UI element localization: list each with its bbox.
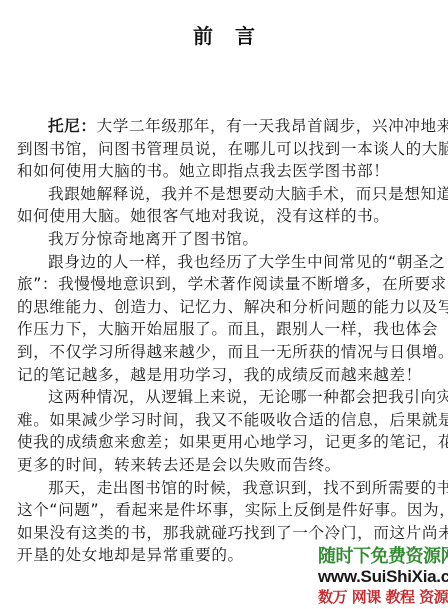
paragraph-2-line-2: 如何使用大脑。她很客气地对我说，没有这样的书。 [17,205,433,228]
speaker-label: 托尼： [48,117,97,135]
paragraph-3-line-1: 我万分惊奇地离开了图书馆。 [17,228,433,251]
paragraph-4-line-1: 跟身边的人一样，我也经历了大学生中间常见的“朝圣之 [17,251,433,274]
paragraph-4-line-4: 作压力下，大脑开始屈服了。而且，跟别人一样，我也体会 [17,318,433,341]
paragraph-6-line-2: 这个“问题”，看起来是件坏事，实际上反倒是件好事。因为， [17,499,433,522]
paragraph-5-line-3: 使我的成绩愈来愈差；如果更用心地学习，记更多的笔记，花 [17,431,433,454]
paragraph-5-line-2: 难。如果减少学习时间，我又不能吸收合适的信息，后果就是 [17,409,433,432]
paragraph-5-line-1: 这两种情况，从逻辑上来说，无论哪一种都会把我引向灾 [17,386,433,409]
preface-body: 托尼：大学二年级那年，有一天我昂首阔步，兴冲冲地来 到图书馆，问图书管理员说，在… [17,115,433,567]
paragraph-4-line-5: 到，不仅学习所得越来越少，而且一无所获的情况与日俱增。 [17,341,433,364]
paragraph-6-line-1: 那天，走出图书馆的时候，我意识到，找不到所需要的书 [17,477,433,500]
paragraph-4-line-2: 旅”：我慢慢地意识到，学术著作阅读量不断增多，在所要求 [17,273,433,296]
paragraph-4-line-3: 的思维能力、创造力、记忆力、解决和分析问题的能力以及写 [17,296,433,319]
paragraph-1-line-3: 和如何使用大脑的书。她立即指点我去医学图书部！ [17,160,433,183]
document-page: 前言 托尼：大学二年级那年，有一天我昂首阔步，兴冲冲地来 到图书馆，问图书管理员… [0,0,448,609]
paragraph-6-line-3: 如果没有这类的书，那我就碰巧找到了一个冷门，而这片尚未 [17,522,433,545]
paragraph-2-line-1: 我跟她解释说，我并不是想要动大脑手术，而只是想知道 [17,183,433,206]
watermark-url: www.SuiShiXia.com [318,567,448,587]
paragraph-1-line-2: 到图书馆，问图书管理员说，在哪儿可以找到一本谈人的大脑 [17,138,433,161]
watermark: 随时下免费资源网 www.SuiShiXia.com 数万 网课 教程 资源 [318,547,448,607]
page-title: 前言 [0,22,448,50]
watermark-tagline: 数万 网课 教程 资源 [318,587,448,607]
paragraph-1-line-1: 托尼：大学二年级那年，有一天我昂首阔步，兴冲冲地来 [17,115,433,138]
paragraph-4-line-6: 记的笔记越多，越是用功学习，我的成绩反而越来越差！ [17,364,433,387]
watermark-site-name: 随时下免费资源网 [318,547,448,567]
paragraph-5-line-4: 更多的时间，转来转去还是会以失败而告终。 [17,454,433,477]
